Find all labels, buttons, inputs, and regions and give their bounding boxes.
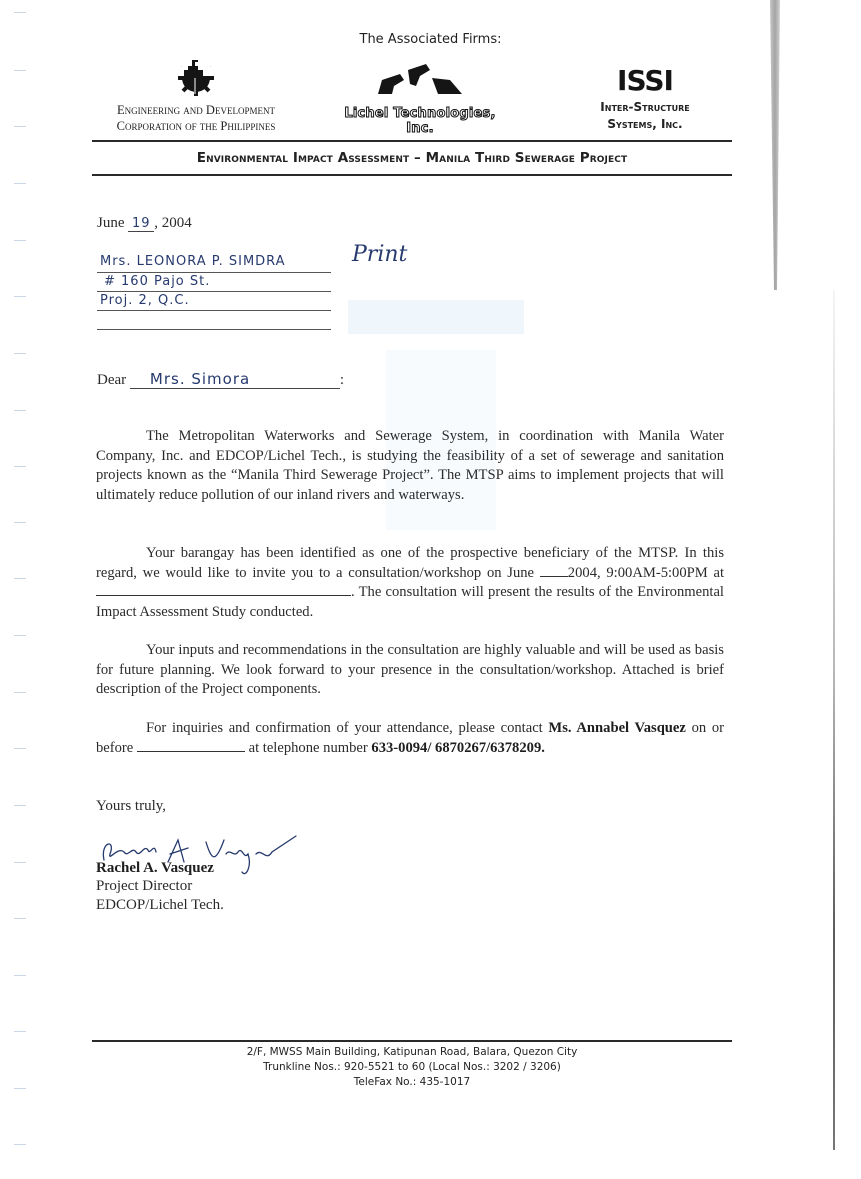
margin-mark	[14, 183, 26, 184]
recipient-street-handwritten: # 160 Pajo St.	[104, 274, 210, 289]
paragraph-intro: The Metropolitan Waterworks and Sewerage…	[96, 427, 724, 505]
signatory-org: EDCOP/Lichel Tech.	[96, 897, 224, 914]
margin-note-handwritten: Print	[352, 242, 407, 267]
date-month: June	[97, 215, 125, 231]
margin-mark	[14, 692, 26, 693]
margin-mark	[14, 918, 26, 919]
scan-page-edge	[833, 290, 835, 1150]
address-line	[97, 310, 331, 311]
margin-mark	[14, 862, 26, 863]
associated-firms-label: The Associated Firms:	[0, 32, 861, 47]
salutation-name-handwritten: Mrs. Simora	[130, 370, 340, 389]
margin-mark	[14, 975, 26, 976]
firm-edcop: Engineering and Development Corporation …	[96, 54, 296, 134]
firm-lichel: Lichel Technologies, Inc.	[330, 62, 510, 136]
date-day-handwritten: 19	[128, 216, 154, 232]
margin-mark	[14, 126, 26, 127]
recipient-city-handwritten: Proj. 2, Q.C.	[100, 293, 190, 308]
paragraph-invitation: Your barangay has been identified as one…	[96, 544, 724, 622]
margin-mark	[14, 1144, 26, 1145]
firm-name: Lichel Technologies, Inc.	[330, 106, 510, 136]
footer-trunkline: Trunkline Nos.: 920-5521 to 60 (Local No…	[92, 1060, 732, 1075]
address-line	[97, 291, 331, 292]
paragraph-contact: For inquiries and confirmation of your a…	[96, 719, 724, 758]
margin-mark	[14, 748, 26, 749]
paragraph-text: 2004, 9:00AM-5:00PM at	[568, 565, 724, 581]
project-title: Environmental Impact Assessment – Manila…	[92, 150, 732, 166]
date-year: , 2004	[154, 215, 192, 231]
footer-contact: 2/F, MWSS Main Building, Katipunan Road,…	[92, 1045, 732, 1090]
paragraph-inputs: Your inputs and recommendations in the c…	[96, 641, 724, 700]
recipient-name-handwritten: Mrs. LEONORA P. SIMDRA	[100, 254, 286, 269]
margin-mark	[14, 522, 26, 523]
workshop-day-blank	[540, 564, 568, 577]
margin-mark	[14, 70, 26, 71]
scan-tint	[348, 300, 524, 334]
paragraph-text: Your inputs and recommendations in the c…	[96, 642, 724, 697]
margin-mark	[14, 296, 26, 297]
signatory-name: Rachel A. Vasquez	[96, 860, 214, 877]
salutation: Dear Mrs. Simora:	[97, 370, 344, 389]
issi-wordmark-logo: ISSI	[580, 64, 710, 97]
margin-mark	[14, 578, 26, 579]
paragraph-text: The Metropolitan Waterworks and Sewerage…	[96, 428, 724, 503]
margin-mark	[14, 805, 26, 806]
workshop-venue-blank	[96, 583, 351, 596]
address-line	[97, 272, 331, 273]
margin-mark	[14, 410, 26, 411]
footer-telefax: TeleFax No.: 435-1017	[92, 1075, 732, 1090]
header-rule-top	[92, 140, 732, 142]
address-line	[97, 329, 331, 330]
header-rule-bottom	[92, 174, 732, 176]
margin-mark	[14, 466, 26, 467]
gear-factory-logo-icon	[174, 54, 218, 98]
rsvp-date-blank	[137, 739, 245, 752]
contact-phone-numbers: 633-0094/ 6870267/6378209.	[371, 740, 545, 756]
salutation-colon: :	[340, 372, 344, 388]
arc-segments-logo-icon	[374, 62, 466, 96]
salutation-prefix: Dear	[97, 372, 126, 388]
closing: Yours truly,	[96, 798, 166, 815]
firm-name: Corporation of the Philippines	[96, 118, 296, 134]
firm-issi: ISSI Inter-Structure Systems, Inc.	[580, 64, 710, 133]
firm-name: Inter-Structure	[580, 99, 710, 116]
contact-person: Ms. Annabel Vasquez	[548, 720, 685, 736]
margin-mark	[14, 240, 26, 241]
footer-address: 2/F, MWSS Main Building, Katipunan Road,…	[92, 1045, 732, 1060]
letter-date: June 19, 2004	[97, 215, 192, 232]
firm-name: Engineering and Development	[96, 102, 296, 118]
firm-name: Systems, Inc.	[580, 116, 710, 133]
margin-mark	[14, 12, 26, 13]
footer-rule	[92, 1040, 732, 1042]
margin-mark	[14, 1088, 26, 1089]
margin-mark	[14, 1031, 26, 1032]
signatory-title: Project Director	[96, 878, 192, 895]
margin-mark	[14, 353, 26, 354]
paragraph-text: at telephone number	[249, 740, 368, 756]
margin-mark	[14, 635, 26, 636]
paragraph-text: For inquiries and confirmation of your a…	[146, 720, 543, 736]
